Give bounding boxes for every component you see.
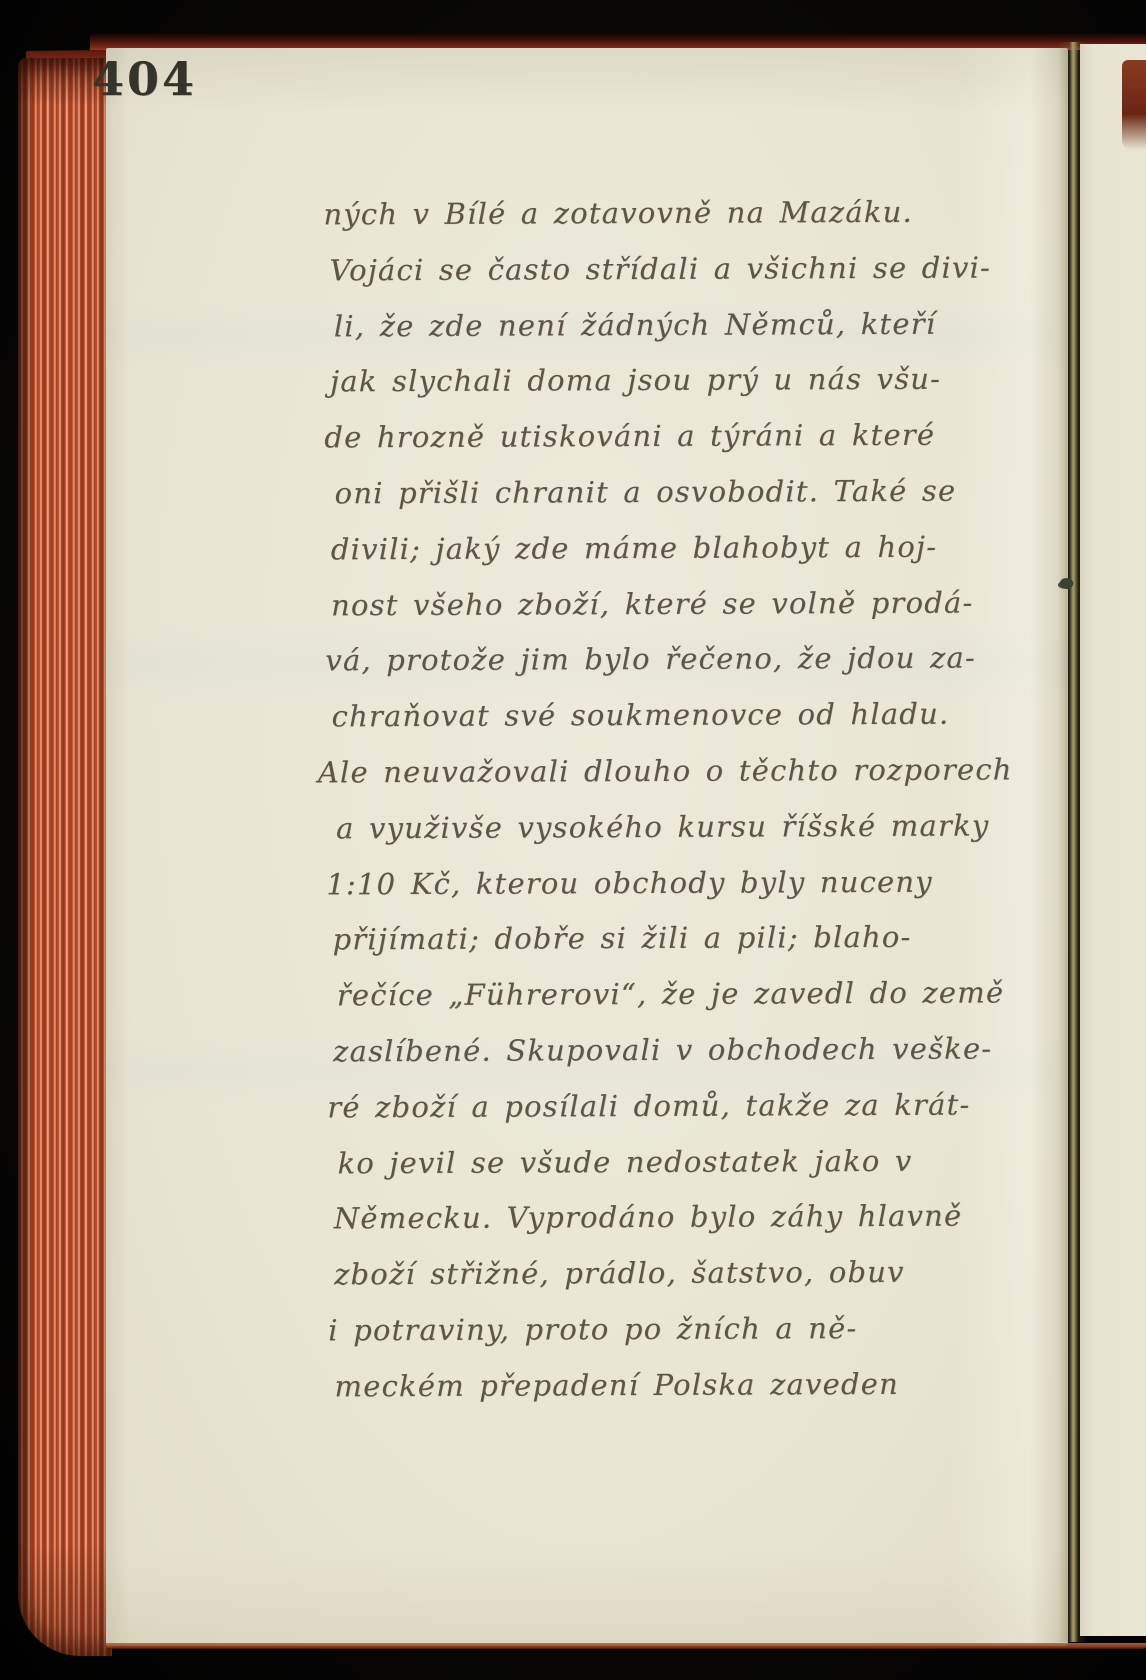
manuscript-line: zaslíbené. Skupovali v obchodech veške- <box>333 1032 953 1091</box>
manuscript-line: ných v Bílé a zotavovně na Mazáku. <box>323 195 949 254</box>
manuscript-line: ré zboží a posílali domů, takže za krát- <box>327 1087 953 1146</box>
manuscript-line: ko jevil se všude nedostatek jako v <box>337 1143 953 1201</box>
manuscript-line: divili; jaký zde máme blahobyt a hoj- <box>331 529 951 588</box>
manuscript-line: chraňovat své soukmenovce od hladu. <box>332 697 952 756</box>
manuscript-line: Německu. Vyprodáno bylo záhy hlavně <box>334 1199 954 1258</box>
manuscript-line: řečíce „Führerovi“, že je zavedl do země <box>337 976 953 1034</box>
manuscript-line: Ale neuvažovali dlouho o těchto rozporec… <box>318 753 952 812</box>
manuscript-line: zboží střižné, prádlo, šatstvo, obuv <box>334 1255 954 1314</box>
manuscript-line: i potraviny, proto po žních a ně- <box>328 1311 954 1370</box>
manuscript-line: meckém přepadení Polska zaveden <box>334 1366 954 1425</box>
manuscript-line: li, že zde není žádných Němců, kteří <box>334 306 950 364</box>
manuscript-line: a využivše vysokého kursu říšské marky <box>336 808 952 866</box>
cover-corner-red <box>1122 60 1146 150</box>
manuscript-line: de hrozně utiskováni a týráni a které <box>324 418 950 477</box>
manuscript-line: nost všeho zboží, které se volně prodá- <box>331 585 951 644</box>
manuscript-line: jak slychali doma jsou prý u nás všu- <box>330 362 950 421</box>
manuscript-line: vá, protože jim bylo řečeno, že jdou za- <box>325 641 951 700</box>
page-bottom-red-edge <box>106 1643 1146 1649</box>
book-photo: 404 ných v Bílé a zotavovně na Mazáku. V… <box>0 0 1146 1680</box>
next-page-edge <box>1080 44 1146 1636</box>
red-page-edges <box>18 58 112 1656</box>
page-number: 404 <box>92 52 197 106</box>
manuscript-line: přijímati; dobře si žili a pili; blaho- <box>332 920 952 979</box>
manuscript-text: ných v Bílé a zotavovně na Mazáku. Vojác… <box>329 195 954 1425</box>
manuscript-line: Vojáci se často střídali a všichni se di… <box>330 250 950 309</box>
manuscript-line: 1:10 Kč, kterou obchody byly nuceny <box>326 864 952 923</box>
manuscript-line: oni přišli chranit a osvobodit. Také se <box>335 474 951 532</box>
